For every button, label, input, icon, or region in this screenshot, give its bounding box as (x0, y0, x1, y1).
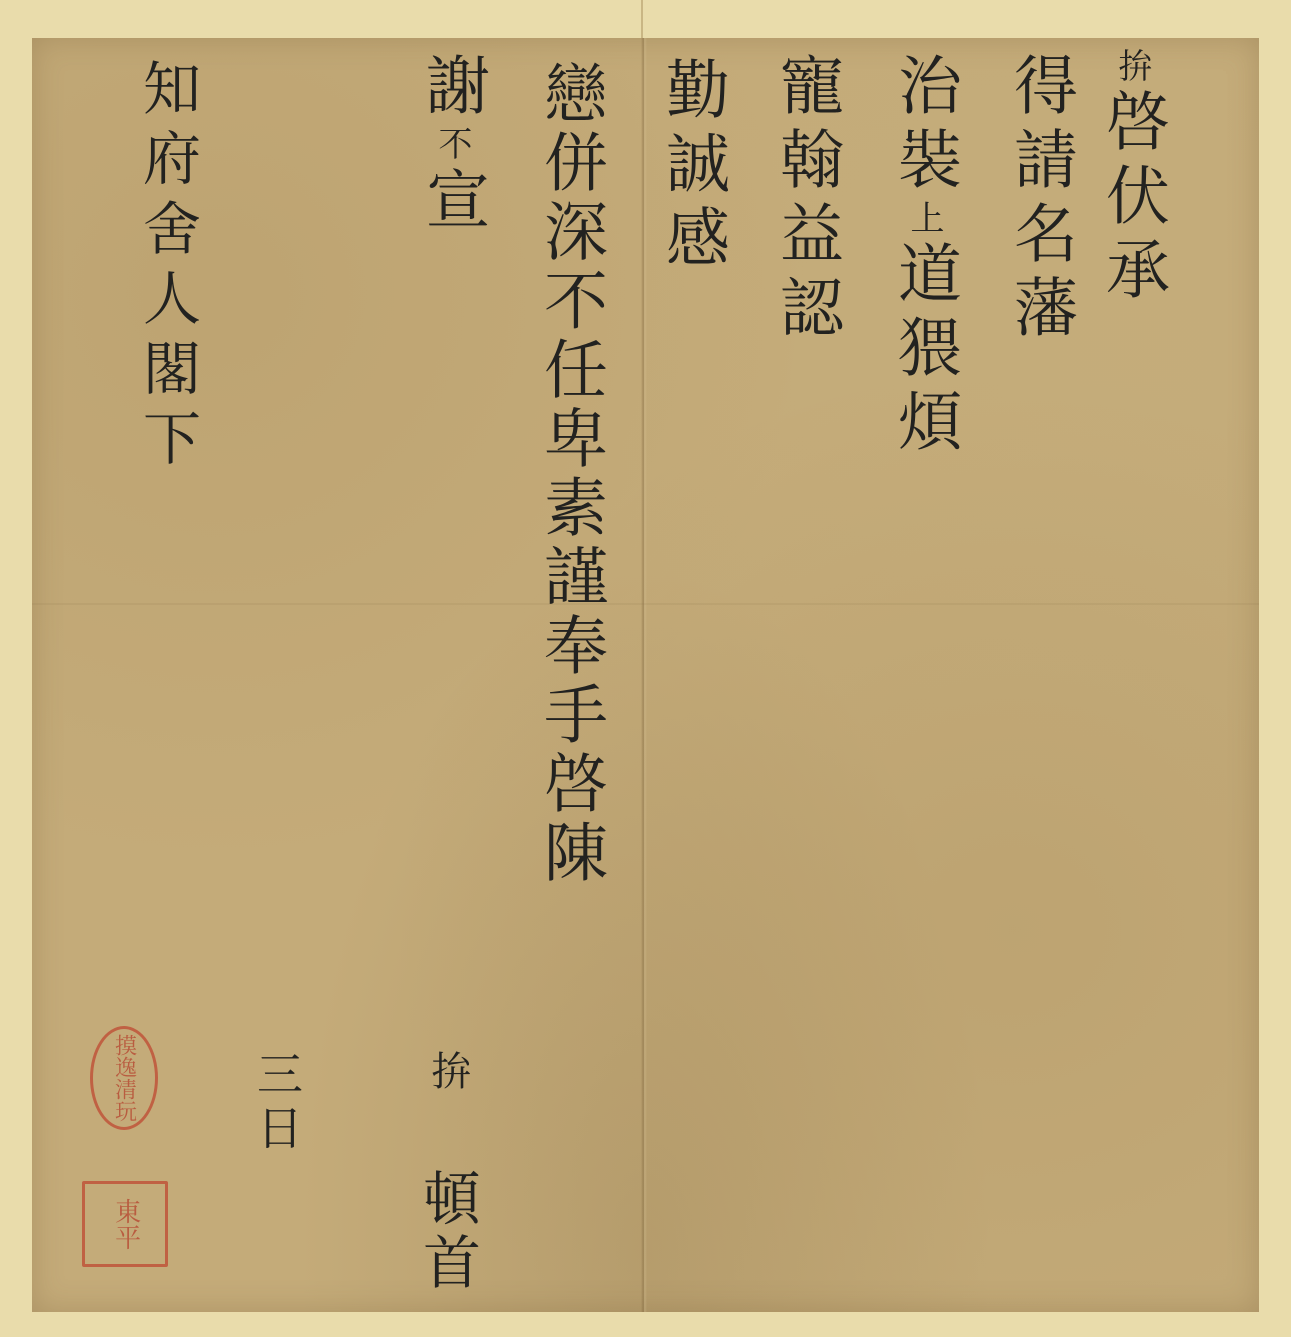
text-column-8: 知府舍人閣下 (138, 58, 196, 478)
text-column-7: 謝不宣 (420, 52, 484, 240)
column-3-text: 治裝 (887, 52, 961, 200)
column-7-text: 謝 (415, 52, 489, 126)
column-3-small: 上 (904, 200, 944, 240)
letter-paper: 拚啓伏承 得請名藩 治裝上道猥煩 寵翰益認 勤誠感 戀併深不任卑素謹奉手啓陳 謝… (32, 38, 1259, 1312)
text-column-2: 得請名藩 (1008, 52, 1072, 348)
column-5-text: 勤誠感 (655, 56, 729, 278)
seal-oval-text: 摸逸清玩 (112, 1034, 135, 1122)
text-column-1: 拚啓伏承 (1100, 48, 1164, 310)
text-column-5: 勤誠感 (660, 56, 724, 278)
collector-seal-square: 東平 (82, 1181, 168, 1267)
column-6-text: 戀併深不任卑素謹奉手啓陳 (533, 60, 607, 888)
mount-seam-line (641, 0, 643, 40)
column-1-text: 啓伏承 (1095, 88, 1169, 310)
signature-char: 拚 (425, 1050, 471, 1096)
seal-square-text: 東平 (111, 1198, 138, 1250)
date-column: 三日 (254, 1050, 300, 1158)
paper-fold-line (641, 38, 647, 1312)
date-text: 三日 (250, 1050, 304, 1158)
column-7-text2: 宣 (415, 166, 489, 240)
sign-off: 頓首 (418, 1168, 476, 1296)
column-8-text: 知府舍人閣下 (133, 58, 201, 478)
text-column-6: 戀併深不任卑素謹奉手啓陳 (538, 60, 602, 888)
column-1-prefix: 拚 (1112, 48, 1152, 88)
column-4-text: 寵翰益認 (769, 52, 843, 348)
column-3-text2: 道猥煩 (887, 240, 961, 462)
collector-seal-oval: 摸逸清玩 (90, 1026, 158, 1130)
column-2-text: 得請名藩 (1003, 52, 1077, 348)
text-column-3: 治裝上道猥煩 (892, 52, 956, 462)
signature-small: 拚 (428, 1050, 468, 1096)
sign-off-text: 頓首 (413, 1168, 481, 1296)
text-column-4: 寵翰益認 (774, 52, 838, 348)
paper-crease (32, 603, 1259, 605)
column-7-small: 不 (432, 126, 472, 166)
